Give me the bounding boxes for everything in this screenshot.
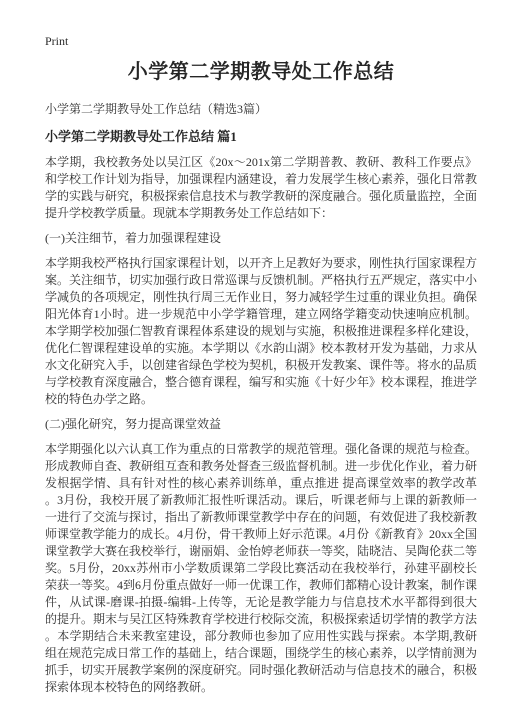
subheading-1: (一)关注细节，着力加强课程建设	[45, 230, 477, 247]
part2-paragraph: 本学期强化以六认真工作为重点的日常教学的规范管理。强化备课的规范与检查。形成教师…	[45, 441, 477, 696]
page-title: 小学第二学期教导处工作总结	[45, 58, 477, 86]
doc-subtitle: 小学第二学期教导处工作总结（精选3篇）	[45, 101, 477, 118]
part1-paragraph: 本学期我校严格执行国家课程计划，以开齐上足教好为要求，刚性执行国家课程方案。关注…	[45, 255, 477, 408]
print-link[interactable]: Print	[45, 34, 68, 48]
document-page: Print 小学第二学期教导处工作总结 小学第二学期教导处工作总结（精选3篇） …	[0, 0, 520, 718]
intro-paragraph: 本学期，我校教务处以吴江区《20x～201x第二学期普教、教研、教科工作要点》和…	[45, 154, 477, 222]
subheading-2: (二)强化研究，努力提高课堂效益	[45, 416, 477, 433]
document-body: 小学第二学期教导处工作总结（精选3篇） 小学第二学期教导处工作总结 篇1 本学期…	[45, 101, 477, 696]
section-heading-part1: 小学第二学期教导处工作总结 篇1	[45, 128, 477, 146]
